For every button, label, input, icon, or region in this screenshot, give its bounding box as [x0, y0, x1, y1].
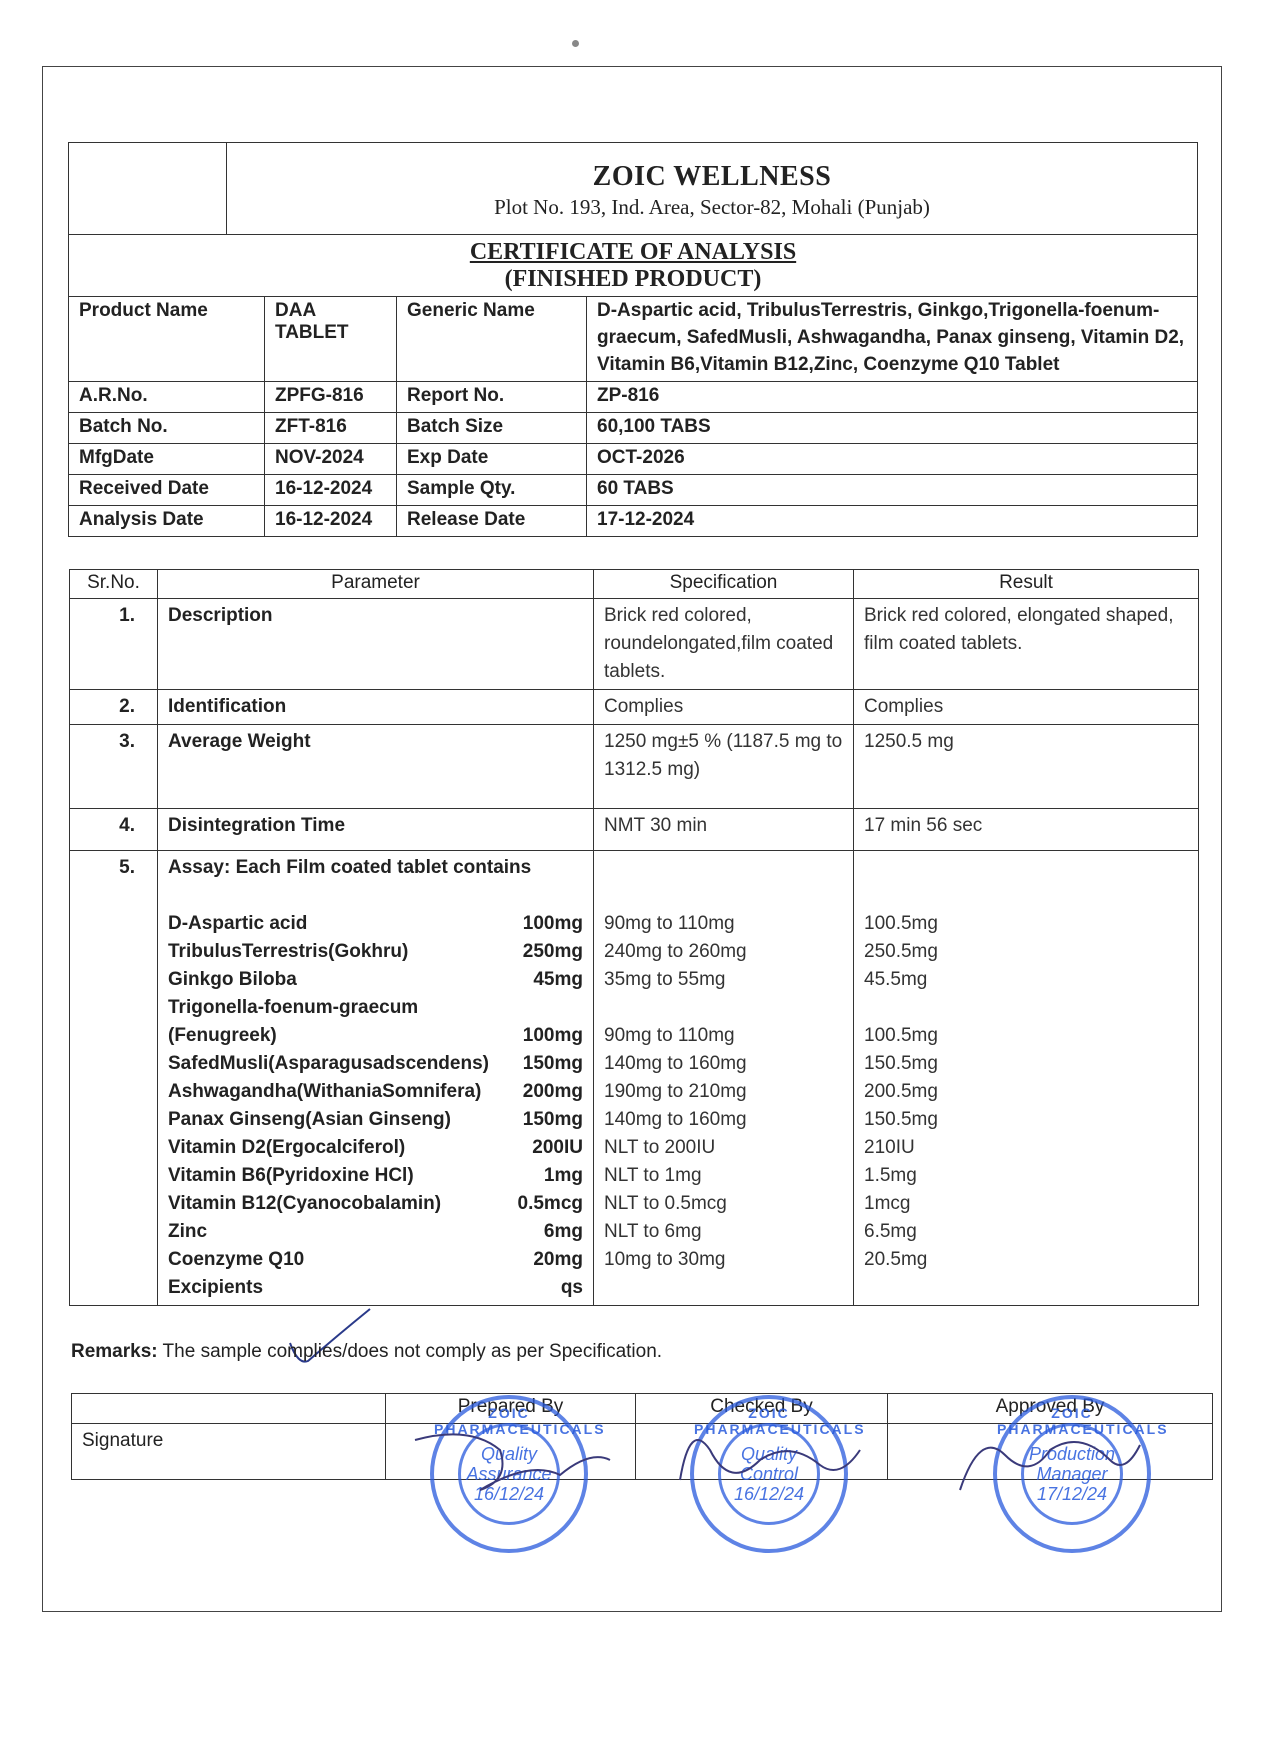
info-row: MfgDateNOV-2024Exp DateOCT-2026 [69, 444, 1198, 475]
info-label: Report No. [397, 382, 587, 413]
company-block: ZOIC WELLNESS Plot No. 193, Ind. Area, S… [227, 143, 1198, 235]
parameter: Average Weight [158, 725, 594, 809]
assay-item: Trigonella-foenum-graecum [168, 994, 583, 1022]
assay-item-claim: 250mg [523, 938, 583, 966]
assay-item-name: SafedMusli(Asparagusadscendens) [168, 1050, 489, 1078]
assay-item-claim: 0.5mcg [518, 1190, 583, 1218]
assay-item-name: Trigonella-foenum-graecum [168, 994, 418, 1022]
company-name: ZOIC WELLNESS [228, 161, 1196, 193]
info-label: Release Date [397, 506, 587, 537]
assay-item-specification: 140mg to 160mg [604, 1106, 843, 1134]
result: 1250.5 mg [854, 725, 1199, 809]
info-value: 60,100 TABS [587, 413, 1198, 444]
assay-item: Panax Ginseng(Asian Ginseng)150mg [168, 1106, 583, 1134]
assay-item: Ashwagandha(WithaniaSomnifera)200mg [168, 1078, 583, 1106]
result: 17 min 56 sec [854, 809, 1199, 851]
assay-item-name: Coenzyme Q10 [168, 1246, 304, 1274]
certificate-title-block: CERTIFICATE OF ANALYSIS (FINISHED PRODUC… [69, 235, 1198, 297]
header-parameter: Parameter [158, 570, 594, 599]
assay-result: 100.5mg250.5mg45.5mg100.5mg150.5mg200.5m… [854, 851, 1199, 1306]
assay-item-result: 100.5mg [864, 910, 1188, 938]
assay-item-name: (Fenugreek) [168, 1022, 277, 1050]
product-name-label: Product Name [69, 297, 265, 382]
generic-name-label: Generic Name [397, 297, 587, 382]
info-value: ZPFG-816 [265, 382, 397, 413]
certificate-subtitle: (FINISHED PRODUCT) [70, 266, 1196, 293]
signature-scribble-checked [670, 1420, 870, 1510]
assay-item-claim: 150mg [523, 1050, 583, 1078]
specification: Complies [594, 690, 854, 725]
assay-item-name: Ginkgo Biloba [168, 966, 297, 994]
info-label: MfgDate [69, 444, 265, 475]
assay-item-specification: 90mg to 110mg [604, 1022, 843, 1050]
info-label: Batch No. [69, 413, 265, 444]
assay-item-claim: 1mg [544, 1162, 583, 1190]
assay-item-result: 1.5mg [864, 1162, 1188, 1190]
assay-item-specification: 240mg to 260mg [604, 938, 843, 966]
assay-item: Vitamin B6(Pyridoxine HCl)1mg [168, 1162, 583, 1190]
header-sr-no: Sr.No. [70, 570, 158, 599]
document-header: ZOIC WELLNESS Plot No. 193, Ind. Area, S… [68, 142, 1198, 297]
result-row: 1.DescriptionBrick red colored, roundelo… [70, 599, 1199, 690]
remarks-label: Remarks: [71, 1341, 158, 1362]
assay-item-result: 20.5mg [864, 1246, 1188, 1274]
assay-item-specification [604, 1274, 843, 1302]
assay-item-specification: 190mg to 210mg [604, 1078, 843, 1106]
assay-item-specification: NLT to 6mg [604, 1218, 843, 1246]
specification: NMT 30 min [594, 809, 854, 851]
specification: Brick red colored, roundelongated,film c… [594, 599, 854, 690]
result: Brick red colored, elongated shaped, fil… [854, 599, 1199, 690]
result-row: 4.Disintegration TimeNMT 30 min17 min 56… [70, 809, 1199, 851]
sr-no: 5. [70, 851, 158, 1306]
info-value: OCT-2026 [587, 444, 1198, 475]
assay-item: Coenzyme Q1020mg [168, 1246, 583, 1274]
assay-item-name: Vitamin B6(Pyridoxine HCl) [168, 1162, 414, 1190]
info-value: NOV-2024 [265, 444, 397, 475]
sig-header-blank [72, 1394, 386, 1424]
certificate-title: CERTIFICATE OF ANALYSIS [70, 239, 1196, 266]
info-label: A.R.No. [69, 382, 265, 413]
assay-item-name: TribulusTerrestris(Gokhru) [168, 938, 408, 966]
info-row: Analysis Date16-12-2024Release Date17-12… [69, 506, 1198, 537]
assay-item-specification: 140mg to 160mg [604, 1050, 843, 1078]
assay-item-name: Ashwagandha(WithaniaSomnifera) [168, 1078, 481, 1106]
assay-item-result: 1mcg [864, 1190, 1188, 1218]
assay-item-result: 210IU [864, 1134, 1188, 1162]
assay-item-result: 150.5mg [864, 1050, 1188, 1078]
header-result: Result [854, 570, 1199, 599]
assay-item-specification: NLT to 200IU [604, 1134, 843, 1162]
assay-item-name: Vitamin D2(Ergocalciferol) [168, 1134, 405, 1162]
remarks: Remarks: The sample complies/does not co… [71, 1341, 662, 1363]
info-value: 16-12-2024 [265, 506, 397, 537]
info-row: Received Date16-12-2024Sample Qty.60 TAB… [69, 475, 1198, 506]
results-table: Sr.No. Parameter Specification Result 1.… [69, 569, 1199, 1306]
assay-item: TribulusTerrestris(Gokhru)250mg [168, 938, 583, 966]
result-row: 3.Average Weight1250 mg±5 % (1187.5 mg t… [70, 725, 1199, 809]
assay-item-claim: qs [561, 1274, 583, 1302]
assay-item-claim: 45mg [533, 966, 583, 994]
parameter: Identification [158, 690, 594, 725]
info-label: Analysis Date [69, 506, 265, 537]
product-name-value: DAA TABLET [265, 297, 397, 382]
remarks-text: The sample complies/does not comply as p… [163, 1341, 663, 1362]
company-address: Plot No. 193, Ind. Area, Sector-82, Moha… [228, 195, 1196, 220]
assay-item-result: 45.5mg [864, 966, 1188, 994]
assay-item: D-Aspartic acid100mg [168, 910, 583, 938]
info-value: ZP-816 [587, 382, 1198, 413]
info-row: A.R.No.ZPFG-816Report No.ZP-816 [69, 382, 1198, 413]
info-label: Received Date [69, 475, 265, 506]
assay-item-claim: 200mg [523, 1078, 583, 1106]
assay-item-result [864, 994, 1188, 1022]
assay-item-claim: 6mg [544, 1218, 583, 1246]
assay-item-result: 6.5mg [864, 1218, 1188, 1246]
assay-item-name: Excipients [168, 1274, 263, 1302]
product-info-table: Product Name DAA TABLET Generic Name D-A… [68, 296, 1198, 537]
sr-no: 4. [70, 809, 158, 851]
result: Complies [854, 690, 1199, 725]
assay-item-name: Vitamin B12(Cyanocobalamin) [168, 1190, 441, 1218]
info-label: Sample Qty. [397, 475, 587, 506]
sr-no: 2. [70, 690, 158, 725]
specification: 1250 mg±5 % (1187.5 mg to 1312.5 mg) [594, 725, 854, 809]
generic-name-value: D-Aspartic acid, TribulusTerrestris, Gin… [587, 297, 1198, 382]
assay-item: Excipientsqs [168, 1274, 583, 1302]
info-value: 60 TABS [587, 475, 1198, 506]
assay-item: Ginkgo Biloba45mg [168, 966, 583, 994]
info-value: 17-12-2024 [587, 506, 1198, 537]
assay-item-specification: 10mg to 30mg [604, 1246, 843, 1274]
assay-item-specification: NLT to 1mg [604, 1162, 843, 1190]
assay-item: (Fenugreek)100mg [168, 1022, 583, 1050]
assay-item-claim: 20mg [533, 1246, 583, 1274]
assay-item-result: 100.5mg [864, 1022, 1188, 1050]
assay-parameter: Assay: Each Film coated tablet contains … [158, 851, 594, 1306]
sr-no: 1. [70, 599, 158, 690]
scan-speck [572, 40, 579, 47]
info-label: Exp Date [397, 444, 587, 475]
assay-title: Assay: Each Film coated tablet contains [168, 854, 583, 882]
assay-item-specification: 35mg to 55mg [604, 966, 843, 994]
assay-item-result: 200.5mg [864, 1078, 1188, 1106]
signature-scribble-prepared [410, 1420, 620, 1510]
assay-item-claim: 100mg [523, 1022, 583, 1050]
assay-row: 5. Assay: Each Film coated tablet contai… [70, 851, 1199, 1306]
assay-item-name: Zinc [168, 1218, 207, 1246]
assay-item: Zinc6mg [168, 1218, 583, 1246]
assay-item-specification: NLT to 0.5mcg [604, 1190, 843, 1218]
check-mark-icon [288, 1305, 378, 1375]
parameter: Description [158, 599, 594, 690]
info-label: Batch Size [397, 413, 587, 444]
assay-item-claim: 100mg [523, 910, 583, 938]
header-specification: Specification [594, 570, 854, 599]
assay-item: Vitamin D2(Ergocalciferol)200IU [168, 1134, 583, 1162]
assay-item-result: 250.5mg [864, 938, 1188, 966]
assay-item-result [864, 1274, 1188, 1302]
info-value: 16-12-2024 [265, 475, 397, 506]
result-row: 2.IdentificationCompliesComplies [70, 690, 1199, 725]
assay-item-specification: 90mg to 110mg [604, 910, 843, 938]
assay-item-specification [604, 994, 843, 1022]
logo-cell [69, 143, 227, 235]
signature-label: Signature [72, 1424, 386, 1480]
info-value: ZFT-816 [265, 413, 397, 444]
signature-scribble-approved [950, 1420, 1150, 1510]
assay-item-name: D-Aspartic acid [168, 910, 307, 938]
assay-item-claim: 150mg [523, 1106, 583, 1134]
assay-item: SafedMusli(Asparagusadscendens)150mg [168, 1050, 583, 1078]
assay-item-result: 150.5mg [864, 1106, 1188, 1134]
assay-item-claim: 200IU [532, 1134, 583, 1162]
parameter: Disintegration Time [158, 809, 594, 851]
info-row: Batch No.ZFT-816Batch Size60,100 TABS [69, 413, 1198, 444]
assay-item: Vitamin B12(Cyanocobalamin)0.5mcg [168, 1190, 583, 1218]
assay-specification: 90mg to 110mg240mg to 260mg35mg to 55mg9… [594, 851, 854, 1306]
sr-no: 3. [70, 725, 158, 809]
assay-item-name: Panax Ginseng(Asian Ginseng) [168, 1106, 451, 1134]
